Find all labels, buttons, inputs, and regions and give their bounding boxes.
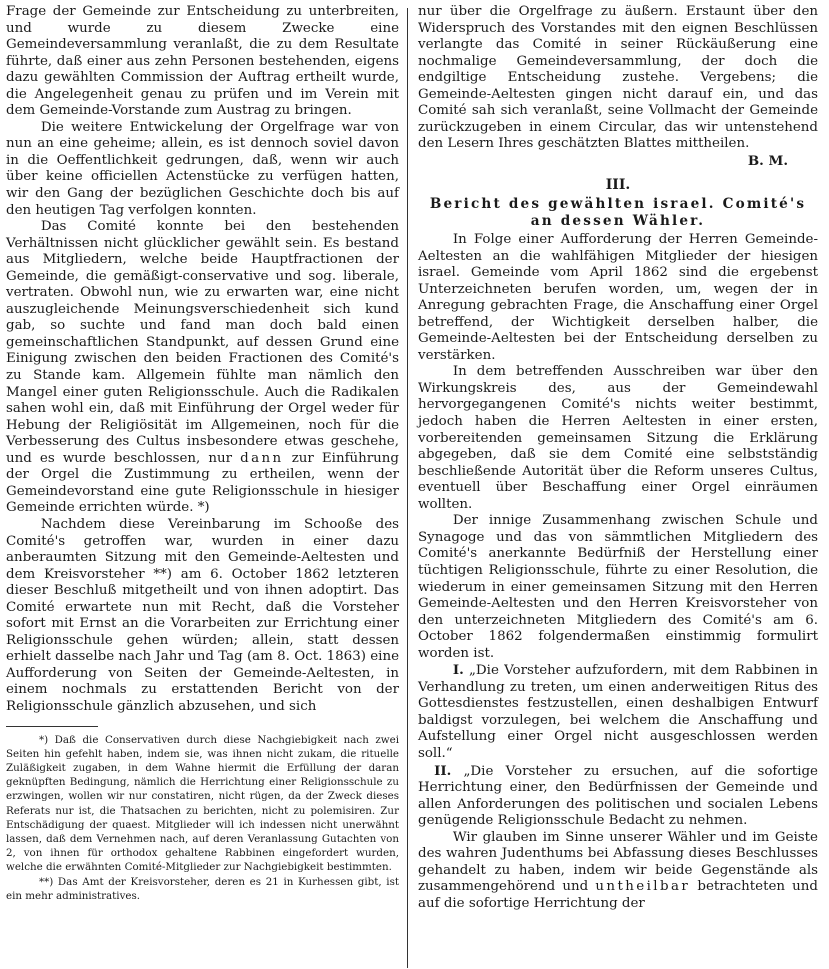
paragraph: In Folge einer Aufforderung der Herren G… <box>418 232 818 364</box>
paragraph: Frage der Gemeinde zur Entscheidung zu u… <box>6 4 399 120</box>
paragraph: In dem betreffenden Ausschreiben war übe… <box>418 364 818 513</box>
footnote: *) Daß die Conservativen durch diese Nac… <box>6 733 399 875</box>
paragraph: Nachdem diese Vereinbarung im Schooße de… <box>6 517 399 716</box>
paragraph: Die weitere Entwickelung der Orgelfrage … <box>6 120 399 219</box>
right-column: nur über die Orgelfrage zu äußern. Ersta… <box>408 4 822 969</box>
resolution-text: „Die Vorsteher zu ersuchen, auf die sofo… <box>418 764 818 829</box>
section-number: III. <box>418 177 818 194</box>
paragraph: Wir glauben im Sinne unserer Wähler und … <box>418 830 818 913</box>
paragraph: Der innige Zusammenhang zwischen Schule … <box>418 513 818 662</box>
footnote-divider <box>6 726 98 727</box>
resolution-item: II. „Die Vorsteher zu ersuchen, auf die … <box>418 763 818 830</box>
resolution-label: I. <box>453 662 464 678</box>
left-column: Frage der Gemeinde zur Entscheidung zu u… <box>4 4 407 969</box>
resolution-text: „Die Vorsteher aufzufordern, mit dem Rab… <box>418 663 818 761</box>
newspaper-page: Frage der Gemeinde zur Entscheidung zu u… <box>0 0 829 969</box>
emphasis-text: untheilbar <box>595 879 690 894</box>
paragraph: Das Comité konnte bei den bestehenden Ve… <box>6 219 399 517</box>
paragraph: nur über die Orgelfrage zu äußern. Ersta… <box>418 4 818 153</box>
resolution-label: II. <box>434 763 451 779</box>
section-title: Bericht des gewählten israel. Comité's a… <box>418 196 818 230</box>
author-signature: B. M. <box>418 153 818 170</box>
resolution-item: I. „Die Vorsteher aufzufordern, mit dem … <box>418 662 818 762</box>
emphasis-text: dann <box>240 451 283 466</box>
footnote: **) Das Amt der Kreisvorsteher, deren es… <box>6 875 399 903</box>
paragraph-text: Das Comité konnte bei den bestehenden Ve… <box>6 219 399 466</box>
